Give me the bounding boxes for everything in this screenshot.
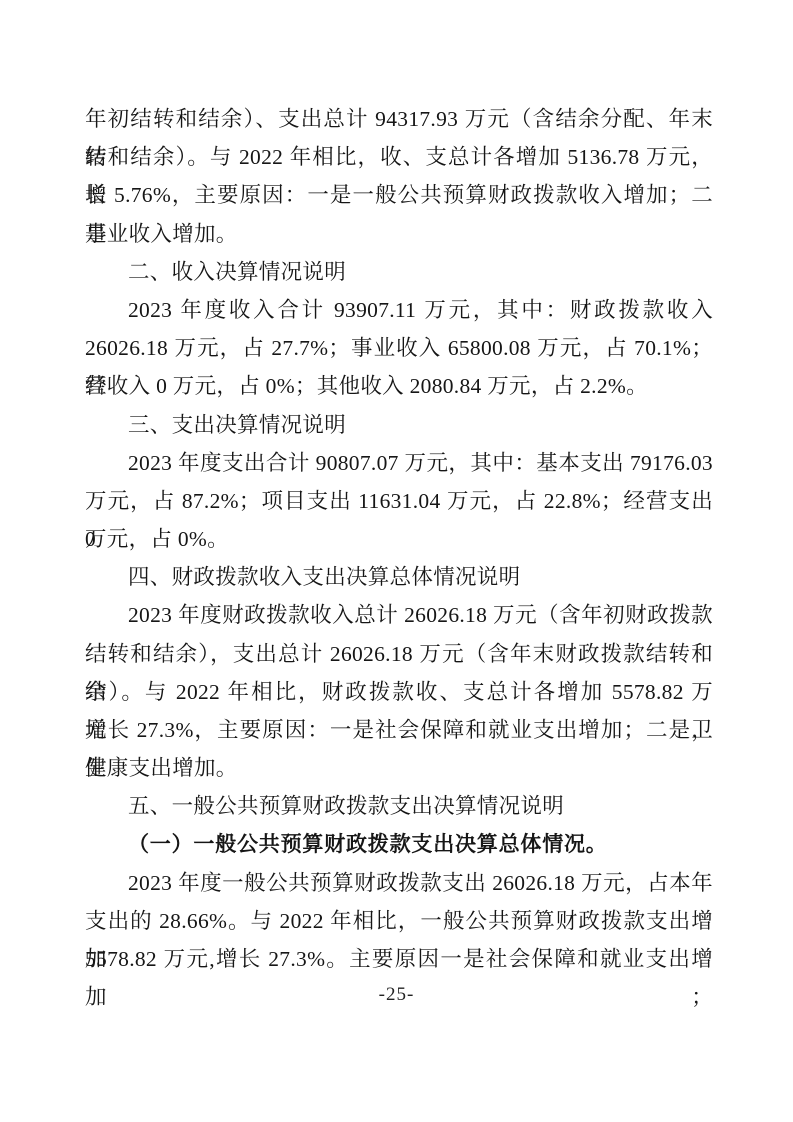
para-appropriation-line: 余）。与 2022 年相比，财政拨款收、支总计各增加 5578.82 万元， [85, 673, 713, 711]
para-overview-line: 转和结余）。与 2022 年相比，收、支总计各增加 5136.78 万元，增 [85, 138, 713, 176]
subheading-public-budget-overview: （一）一般公共预算财政拨款支出决算总体情况。 [85, 826, 713, 864]
para-public-budget-line: 支出的 28.66%。与 2022 年相比，一般公共预算财政拨款支出增加 [85, 902, 713, 940]
para-overview-line: 事业收入增加。 [85, 215, 713, 253]
document-page: 年初结转和结余）、支出总计 94317.93 万元（含结余分配、年末结 转和结余… [0, 0, 793, 1122]
para-appropriation-line: 增长 27.3%，主要原因：一是社会保障和就业支出增加；二是卫生 [85, 711, 713, 749]
para-appropriation-line: 结转和结余），支出总计 26026.18 万元（含年末财政拨款结转和结 [85, 635, 713, 673]
para-overview-line: 长 5.76%，主要原因：一是一般公共预算财政拨款收入增加；二是 [85, 176, 713, 214]
para-expense-line: 万元，占 87.2%；项目支出 11631.04 万元，占 22.8%；经营支出… [85, 482, 713, 520]
document-text-block: 年初结转和结余）、支出总计 94317.93 万元（含结余分配、年末结 转和结余… [85, 100, 713, 978]
page-number: -25- [0, 984, 793, 1006]
para-income-line: 营收入 0 万元，占 0%；其他收入 2080.84 万元，占 2.2%。 [85, 367, 713, 405]
para-expense-line: 万元，占 0%。 [85, 520, 713, 558]
para-appropriation-line: 健康支出增加。 [85, 749, 713, 787]
heading-section-expense: 三、支出决算情况说明 [85, 406, 713, 444]
para-expense-line: 2023 年度支出合计 90807.07 万元，其中：基本支出 79176.03 [85, 444, 713, 482]
para-appropriation-line: 2023 年度财政拨款收入总计 26026.18 万元（含年初财政拨款 [85, 596, 713, 634]
heading-section-income: 二、收入决算情况说明 [85, 253, 713, 291]
para-overview-line: 年初结转和结余）、支出总计 94317.93 万元（含结余分配、年末结 [85, 100, 713, 138]
heading-section-public-budget: 五、一般公共预算财政拨款支出决算情况说明 [85, 787, 713, 825]
para-income-line: 2023 年度收入合计 93907.11 万元，其中：财政拨款收入 [85, 291, 713, 329]
para-public-budget-line: 2023 年度一般公共预算财政拨款支出 26026.18 万元，占本年 [85, 864, 713, 902]
heading-section-appropriation: 四、财政拨款收入支出决算总体情况说明 [85, 558, 713, 596]
para-public-budget-line: 5578.82 万元,增长 27.3%。主要原因一是社会保障和就业支出增加； [85, 940, 713, 978]
para-income-line: 26026.18 万元，占 27.7%；事业收入 65800.08 万元，占 7… [85, 329, 713, 367]
